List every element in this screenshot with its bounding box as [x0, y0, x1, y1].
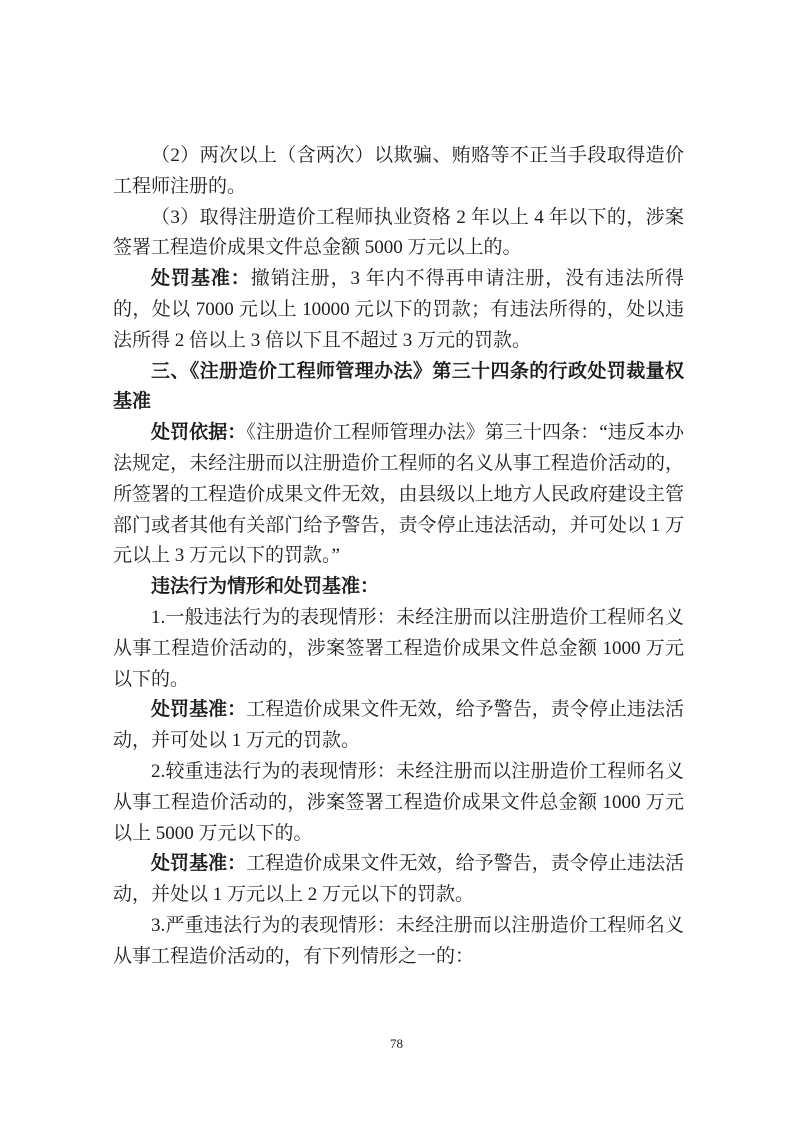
paragraph-text: 1.一般违法行为的表现情形：未经注册而以注册造价工程师名义从事工程造价活动的，涉… [113, 607, 684, 690]
sub-heading: 违法行为情形和处罚基准： [113, 572, 684, 603]
paragraph-label: 处罚基准： [151, 853, 246, 874]
paragraph: 2.较重违法行为的表现情形：未经注册而以注册造价工程师名义从事工程造价活动的，涉… [113, 757, 684, 849]
paragraph: （2）两次以上（含两次）以欺骗、贿赂等不正当手段取得造价工程师注册的。 [113, 141, 684, 203]
paragraph-label: 处罚依据： [151, 422, 246, 443]
paragraph-text: （3）取得注册造价工程师执业资格 2 年以上 4 年以下的，涉案签署工程造价成果… [113, 207, 684, 259]
paragraph-text: 《注册造价工程师管理办法》第三十四条：“违反本办法规定，未经注册而以注册造价工程… [113, 422, 684, 566]
section-heading: 三、《注册造价工程师管理办法》第三十四条的行政处罚裁量权基准 [113, 357, 684, 419]
paragraph-text: 3.严重违法行为的表现情形：未经注册而以注册造价工程师名义从事工程造价活动的，有… [113, 915, 684, 967]
paragraph: （3）取得注册造价工程师执业资格 2 年以上 4 年以下的，涉案签署工程造价成果… [113, 203, 684, 265]
heading-text: 违法行为情形和处罚基准： [151, 576, 379, 597]
document-page: （2）两次以上（含两次）以欺骗、贿赂等不正当手段取得造价工程师注册的。 （3）取… [0, 0, 793, 1122]
document-body: （2）两次以上（含两次）以欺骗、贿赂等不正当手段取得造价工程师注册的。 （3）取… [113, 141, 684, 973]
paragraph: 处罚基准：工程造价成果文件无效，给予警告，责令停止违法活动，并处以 1 万元以上… [113, 849, 684, 911]
paragraph-text: 2.较重违法行为的表现情形：未经注册而以注册造价工程师名义从事工程造价活动的，涉… [113, 761, 684, 844]
paragraph-label: 处罚基准： [151, 699, 246, 720]
page-number: 78 [0, 1036, 793, 1052]
heading-text: 三、《注册造价工程师管理办法》第三十四条的行政处罚裁量权基准 [113, 361, 684, 413]
paragraph: 处罚基准：工程造价成果文件无效，给予警告，责令停止违法活动，并可处以 1 万元的… [113, 695, 684, 757]
paragraph-label: 处罚基准： [151, 268, 251, 289]
paragraph: 处罚依据：《注册造价工程师管理办法》第三十四条：“违反本办法规定，未经注册而以注… [113, 418, 684, 572]
paragraph: 处罚基准：撤销注册，3 年内不得再申请注册，没有违法所得的，处以 7000 元以… [113, 264, 684, 356]
paragraph: 3.严重违法行为的表现情形：未经注册而以注册造价工程师名义从事工程造价活动的，有… [113, 911, 684, 973]
paragraph: 1.一般违法行为的表现情形：未经注册而以注册造价工程师名义从事工程造价活动的，涉… [113, 603, 684, 695]
paragraph-text: （2）两次以上（含两次）以欺骗、贿赂等不正当手段取得造价工程师注册的。 [113, 145, 684, 197]
